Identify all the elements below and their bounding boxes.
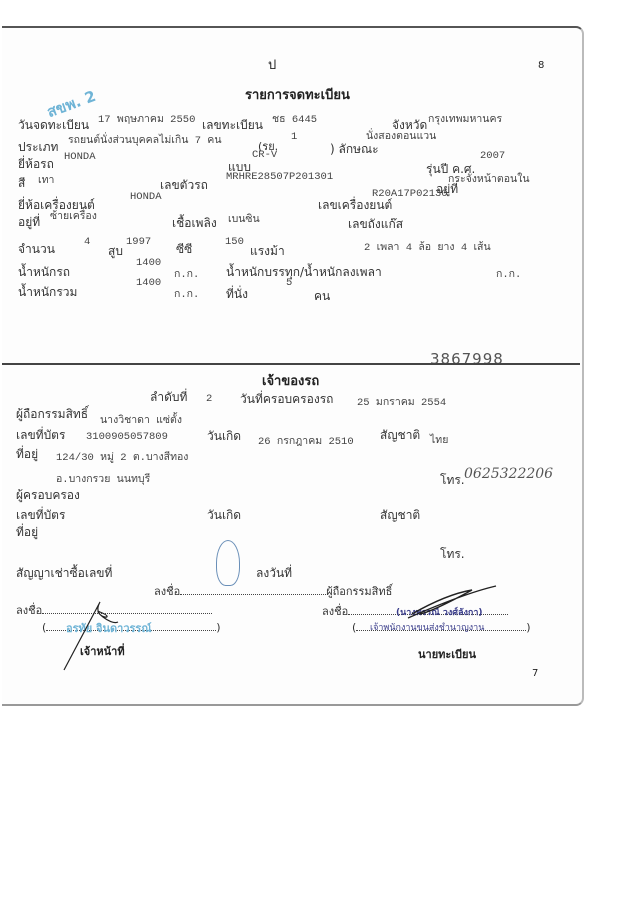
chassis-location: กระจังหน้าตอนใน (448, 170, 530, 187)
engine-location-label: อยู่ที่ (18, 213, 40, 232)
horsepower: 150 (225, 236, 244, 248)
dob-label: วันเกิด (207, 427, 241, 446)
fuel-label: เชื้อเพลิง (172, 214, 217, 233)
holder-label: ผู้ครอบครอง (16, 486, 80, 505)
seats-unit: คน (314, 287, 330, 306)
signed-date-label: ลงวันที่ (256, 564, 292, 583)
holder-nationality-label: สัญชาติ (380, 506, 420, 525)
plate-number: ชธ 6445 (272, 110, 317, 127)
color-label: สี (18, 174, 25, 193)
axles-wheels-tires: 2 เพลา 4 ล้อ ยาง 4 เส้น (364, 238, 491, 255)
owner-role-label: ผู้ถือกรรมสิทธิ์ (326, 585, 392, 598)
gross-weight: 1400 (136, 277, 161, 289)
vehicle-type: รถยนต์นั่งส่วนบุคคลไม่เกิน 7 คน (68, 131, 222, 148)
seats-label: ที่นั่ง (226, 285, 248, 304)
brand: HONDA (64, 151, 96, 163)
gas-tank-label: เลขถังแก๊ส (348, 215, 403, 234)
weight-label: น้ำหนักรถ (18, 263, 70, 282)
nationality-label: สัญชาติ (380, 426, 420, 445)
model: CR-V (252, 149, 277, 161)
document-title: รายการจดทะเบียน (245, 84, 350, 105)
engine-brand: HONDA (130, 191, 162, 203)
registrar-sign-label: ลงชื่อ (322, 605, 348, 618)
owner-sign-label: ลงชื่อ (154, 585, 180, 598)
load-label: น้ำหนักบรรทุก/น้ำหนักลงเพลา (226, 263, 382, 282)
registrar-role: นายทะเบียน (418, 645, 476, 663)
displacement: 1997 (126, 236, 151, 248)
address-line-2: อ.บางกรวย นนทบุรี (56, 470, 150, 487)
phone-label: โทร. (440, 471, 465, 490)
id-label: เลขที่บัตร (16, 426, 65, 445)
cylinders: 4 (84, 236, 90, 248)
holder-dob-label: วันเกิด (207, 506, 241, 525)
header-mark: ป (268, 54, 276, 75)
engine-number: R20A17P02130 (372, 188, 448, 200)
rs-value: 1 (291, 131, 297, 143)
order-label: ลำดับที่ (150, 388, 187, 407)
vehicle-weight: 1400 (136, 257, 161, 269)
possession-date: 25 มกราคม 2554 (357, 393, 446, 410)
cylinders-label: จำนวน (18, 240, 55, 259)
possession-date-label: วันที่ครอบครองรถ (240, 390, 333, 409)
address-line-1: 124/30 หมู่ 2 ต.บางสีทอง (56, 448, 188, 465)
weight-unit: ก.ก. (174, 265, 199, 282)
order-number: 2 (206, 393, 212, 405)
id-number: 3100905057809 (86, 431, 168, 443)
phone-handwritten: 0625322206 (464, 466, 553, 482)
owner-label: ผู้ถือกรรมสิทธิ์ (16, 405, 88, 424)
engine-location: ซ้ายเครื่อง (50, 207, 97, 224)
officer-sign-label: ลงชื่อ (16, 604, 42, 617)
cc-unit: ซีซี (176, 240, 192, 259)
address-label: ที่อยู่ (16, 445, 38, 464)
section-divider (2, 363, 580, 365)
owner-sign-line: ลงชื่อผู้ถือกรรมสิทธิ์ (154, 582, 392, 600)
seats: 5 (286, 277, 292, 289)
gross-unit: ก.ก. (174, 285, 199, 302)
load-unit: ก.ก. (496, 265, 521, 282)
holder-phone-label: โทร. (440, 545, 465, 564)
color: เทา (38, 171, 54, 188)
chassis-number: MRHRE28507P201301 (226, 171, 333, 183)
gross-weight-label: น้ำหนักรวม (18, 283, 77, 302)
province: กรุงเทพมหานคร (428, 110, 502, 127)
owner-section-title: เจ้าของรถ (262, 370, 319, 391)
officer-signature-stroke (60, 600, 140, 672)
cylinders-unit: สูบ (108, 242, 123, 261)
officer-role: เจ้าหน้าที่ (80, 642, 125, 660)
corner-number: 8 (538, 60, 544, 71)
fuel: เบนซิน (228, 210, 260, 227)
hire-purchase-label: สัญญาเช่าซื้อเลขที่ (16, 564, 112, 583)
vehicle-style: นั่งสองตอนแวน (366, 127, 436, 144)
registrar-signature-stroke (400, 584, 510, 624)
date-of-birth: 26 กรกฎาคม 2510 (258, 432, 354, 449)
owner-name: นางวิชาดา แซ่ตั้ง (100, 411, 182, 428)
serial-number: 3867998 (430, 350, 504, 368)
nationality: ไทย (430, 431, 448, 448)
model-year: 2007 (480, 150, 505, 162)
chassis-label: เลขตัวรถ (160, 176, 208, 195)
hp-unit: แรงม้า (250, 242, 285, 261)
owner-initials-signature (216, 540, 240, 586)
reg-date: 17 พฤษภาคม 2550 (98, 110, 195, 127)
page-number: 7 (532, 668, 538, 679)
holder-address-label: ที่อยู่ (16, 523, 38, 542)
